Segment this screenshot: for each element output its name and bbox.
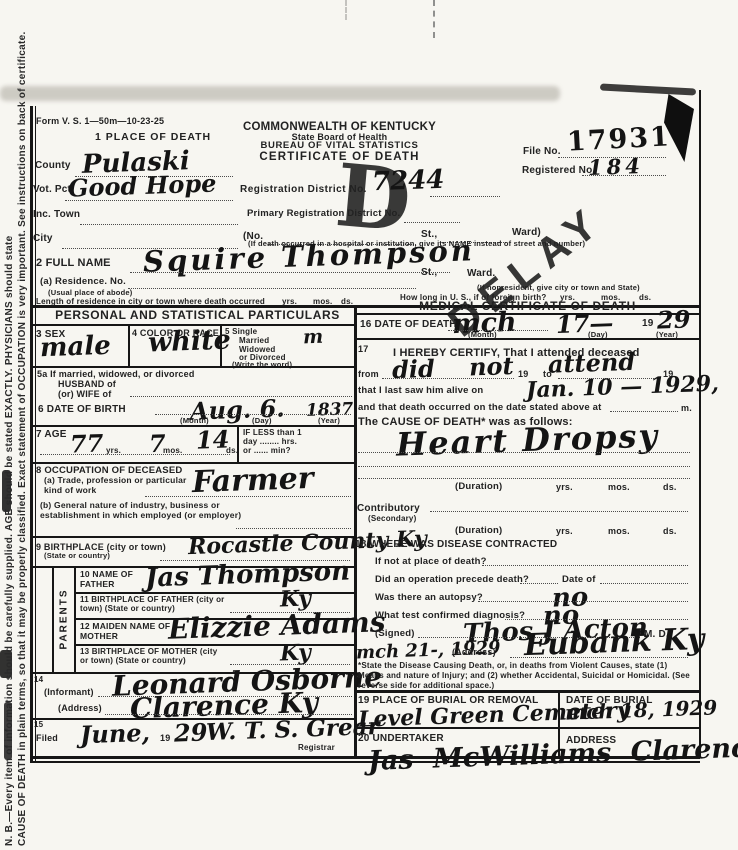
operation-label: Did an operation precede death? (375, 575, 529, 586)
date-of-death-label: 16 DATE OF DEATH (360, 319, 457, 331)
name-st-label: St., (421, 267, 437, 279)
city-ward-label: Ward) (512, 227, 541, 239)
fold-dash (433, 0, 435, 38)
vot-pct-value: Good Hope (68, 171, 217, 200)
mother-birthplace-value: Ky (280, 641, 312, 664)
duration-mos: mos. (608, 482, 630, 492)
duration2-mos: mos. (608, 526, 630, 536)
mother-name-label: 12 MAIDEN NAME OF MOTHER (80, 622, 180, 642)
sex-value: male (40, 333, 112, 361)
last-saw-value: Jan. 10 — 1929, (526, 373, 719, 402)
m-label: m. (681, 403, 692, 413)
marital-l1: 5 Single (225, 327, 257, 336)
duration-label-2: (Duration) (455, 526, 502, 537)
primary-district-label: Primary Registration District No. (247, 209, 400, 220)
scan-smudge (0, 86, 560, 101)
duration-ds: ds. (663, 482, 677, 492)
file-no-label: File No. (523, 146, 561, 158)
dod-year-printed: 19 (642, 318, 654, 330)
margin-note-outer: N. B.—Every item of information should b… (4, 235, 15, 846)
where-contracted-label: 18 WHERE WAS DISEASE CONTRACTED (355, 539, 557, 551)
death-certificate-scan: N. B.—Every item of information should b… (0, 0, 738, 850)
filed-number: 15 (34, 720, 43, 729)
informant-label: (Informant) (44, 687, 94, 697)
not-at-place-label: If not at place of death? (375, 557, 487, 568)
husband-l3: (or) WIFE of (58, 389, 111, 399)
ds-label: ds. (341, 297, 353, 306)
informant-address-label: (Address) (58, 703, 102, 713)
file-no-value: 17931 (566, 123, 671, 155)
last-saw-label: that I last saw him alive on (358, 386, 483, 397)
death-occurred-label: and that death occurred on the date stat… (358, 403, 602, 414)
filed-year-printed: 19 (160, 733, 170, 743)
personal-section-header: PERSONAL AND STATISTICAL PARTICULARS (40, 309, 355, 323)
parents-section-label: PARENTS (59, 588, 70, 649)
secondary-label: (Secondary) (368, 514, 416, 523)
place-of-death-section: 1 PLACE OF DEATH (95, 131, 211, 143)
form-number: Form V. S. 1—50m—10-23-25 (36, 116, 164, 126)
mos-label: mos. (313, 297, 332, 306)
nonresident-note: (If nonresident, give city or town and S… (477, 284, 640, 293)
cause-value: Heart Dropsy (396, 419, 660, 460)
left-border (30, 106, 33, 762)
dod-year-value: 29 (657, 307, 691, 332)
duration-label: (Duration) (455, 482, 502, 493)
father-name-value: Jas Thompson (145, 558, 351, 591)
age-yrs-value: 77 (70, 431, 104, 456)
full-name-label: 2 FULL NAME (36, 257, 111, 270)
mother-name-value: Elizzie Adams (168, 608, 386, 644)
mother-birthplace-label: 13 BIRTHPLACE OF MOTHER (city or town) (… (80, 647, 225, 665)
name-ward-label: Ward. (467, 268, 495, 280)
duration2-ds: ds. (663, 526, 677, 536)
registration-district-value: 7244 (372, 167, 445, 196)
age-label: 7 AGE (36, 429, 67, 441)
race-value: white (148, 327, 232, 357)
occupation-value: Farmer (192, 464, 315, 498)
if-less-l1: IF LESS than 1 (243, 428, 302, 437)
registrar-label: Registrar (298, 743, 335, 752)
right-border (699, 90, 701, 758)
signed-label: (Signed) (375, 629, 415, 640)
residence-label: (a) Residence. No. (40, 277, 126, 288)
contributory-label: Contributory (357, 503, 420, 515)
duration2-yrs: yrs. (556, 526, 573, 536)
occupation-a-label: (a) Trade, profession or particular kind… (44, 476, 194, 496)
informant-number: 14 (34, 675, 43, 684)
county-label: County (35, 160, 71, 172)
signed-address-value: Eubank Ky (524, 625, 705, 661)
birthplace-sub: (State or country) (44, 552, 110, 561)
cause-footnote: *State the Disease Causing Death, or, in… (358, 661, 690, 691)
if-less-l3: or ...... min? (243, 446, 291, 455)
if-less-l2: day ........ hrs. (243, 437, 297, 446)
margin-note-inner: CAUSE OF DEATH in plain terms, so that i… (17, 31, 28, 846)
occupation-b-label: (b) General nature of industry, business… (40, 501, 268, 521)
husband-l2: HUSBAND of (58, 379, 116, 389)
length-residence-label: Length of residence in city or town wher… (36, 297, 265, 306)
filed-month-value: June, (80, 721, 151, 747)
fold-dash (345, 0, 347, 20)
burial-date-value: mch 18, 1929 (565, 697, 718, 722)
yrs-label: yrs. (282, 297, 297, 306)
certify-number: 17 (358, 344, 368, 354)
city-label: City (33, 233, 53, 245)
marital-value: m (303, 328, 324, 348)
registrar-signature: W. T. S. Grear (206, 715, 380, 744)
from-label: from (358, 369, 379, 379)
age-ds-value: 14 (196, 427, 230, 452)
inc-town-label: Inc. Town (33, 209, 80, 221)
dob-label: 6 DATE OF BIRTH (38, 404, 126, 416)
medical-section-header: MEDICAL CERTIFICATE OF DEATH (355, 300, 700, 314)
duration-yrs: yrs. (556, 482, 573, 492)
ink-streak (600, 83, 696, 95)
registration-district-label: Registration District No. (240, 184, 367, 196)
autopsy-label: Was there an autopsy? (375, 593, 483, 604)
filed-year-value: 29 (174, 720, 208, 745)
husband-label: 5a If married, widowed, or divorced (37, 369, 195, 379)
filed-label: Filed (36, 733, 58, 743)
signed-address-label: (Address) (452, 647, 496, 657)
marital-l2: Married (239, 336, 269, 345)
